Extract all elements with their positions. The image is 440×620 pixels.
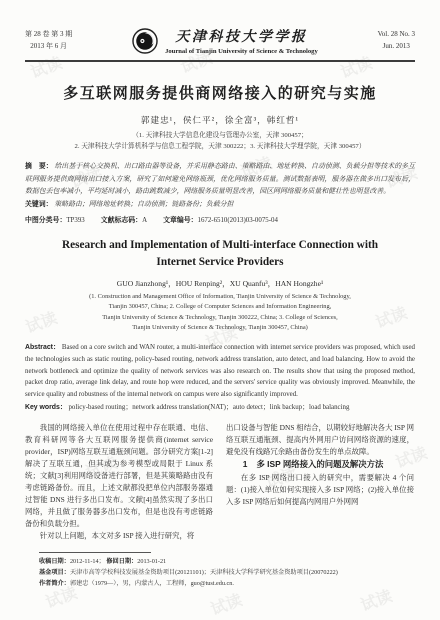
header-volume-issue-en: Vol. 28 No. 3 Jun. 2013 [378, 29, 415, 53]
volume-issue-cn: 第 28 卷 第 3 期 [25, 29, 72, 41]
journal-masthead: 天津科技大学学报 Journal of Tianjin University o… [132, 26, 318, 55]
doc-code-label: 文献标志码： [101, 217, 142, 224]
revised-label: 修回日期： [106, 558, 137, 565]
abstract-en: Abstract： Based on a core switch and WAN… [25, 342, 415, 401]
journal-title-en: Journal of Tianjin University of Science… [165, 48, 318, 55]
doc-code: 文献标志码：A [101, 214, 147, 224]
keywords-cn: 关键词： 策略路由；网络地址转换；自动侦测；链路备份；负载分担 [25, 199, 415, 211]
title-en-line1: Research and Implementation of Multi-int… [25, 237, 415, 255]
abstract-label-cn: 摘 要： [25, 163, 53, 170]
keywords-text-cn: 策略路由；网络地址转换；自动侦测；链路备份；负载分担 [54, 201, 233, 208]
footnote-dates: 收稿日期：2012-11-14； 修回日期：2013-01-21 [25, 557, 415, 568]
header-rule [25, 60, 415, 62]
footnote-block: 收稿日期：2012-11-14； 修回日期：2013-01-21 基金项目：天津… [25, 552, 415, 590]
affil-cn-line2: 2. 天津科技大学计算机科学与信息工程学院，天津 300222；3. 天津科技大… [25, 141, 415, 152]
abstract-text-en: Based on a core switch and WAN router, a… [25, 344, 415, 398]
journal-title-stack: 天津科技大学学报 Journal of Tianjin University o… [165, 26, 318, 55]
abstract-text-cn: 给出基于核心交换机、出口路由器等设备，并采用静态路由、策略路由、地址转换、自动侦… [25, 163, 415, 195]
article-no-label: 文章编号： [163, 217, 197, 224]
bio-value: 郭建忠（1979—），男，内蒙古人，工程师，guo@tust.edu.cn. [70, 580, 234, 587]
footnote-rule [39, 552, 151, 553]
paper-page: 试读 试读 试读 试读 试读 试读 试读 试读 试读 试读 试读 试读 试读 试… [0, 0, 440, 620]
authors-en: GUO Jianzhong¹，HOU Renping²，XU Quanfu³，H… [25, 278, 415, 289]
date-cn: 2013 年 6 月 [25, 41, 72, 53]
doc-code-value: A [142, 217, 147, 224]
right-column: 出口设备与智能 DNS 相结合，以期较好地解决各大 ISP 网络互联互通瓶颈、提… [226, 422, 414, 542]
affil-en-line4: Tianjin University of Science & Technolo… [25, 323, 415, 334]
received-label: 收稿日期： [39, 558, 70, 565]
revised-value: 2013-01-21 [137, 558, 166, 565]
body-paragraph: 在多 ISP 网络出口接入的研究中，需要解决 4 个问题：(1)接入单位如何实现… [226, 472, 414, 508]
section-title: 多 ISP 网络接入的问题及解决方法 [256, 459, 383, 469]
keywords-label-cn: 关键词： [25, 201, 53, 208]
title-en-line2: Internet Service Providers [25, 254, 415, 272]
watermark-text: 试读 [207, 587, 245, 620]
keywords-label-en: Key words： [25, 404, 67, 411]
affiliations-cn: （1. 天津科技大学信息化建设与管理办公室，天津 300457； 2. 天津科技… [25, 130, 415, 152]
left-column: 我国的网络接入单位在使用过程中存在联通、电信、教育科研网等各大互联网服务提供商(… [25, 422, 213, 542]
journal-header: 第 28 卷 第 3 期 2013 年 6 月 天津科技大学学报 Journal… [25, 26, 415, 55]
received-value: 2012-11-14； [70, 558, 105, 565]
body-paragraph: 我国的网络接入单位在使用过程中存在联通、电信、教育科研网等各大互联网服务提供商(… [25, 422, 213, 530]
article-title-en: Research and Implementation of Multi-int… [25, 237, 415, 272]
affiliations-en: (1. Construction and Management Office o… [25, 292, 415, 334]
header-volume-issue-cn: 第 28 卷 第 3 期 2013 年 6 月 [25, 29, 72, 53]
footnote-bio: 作者简介：郭建忠（1979—），男，内蒙古人，工程师，guo@tust.edu.… [25, 579, 415, 590]
article-no-value: 1672-6510(2013)03-0075-04 [198, 217, 278, 224]
date-en: Jun. 2013 [378, 41, 415, 53]
abstract-label-en: Abstract： [25, 344, 60, 351]
volume-issue-en: Vol. 28 No. 3 [378, 29, 415, 41]
fund-value: 天津市高等学校科技发展基金资助项目(20121101)；天津科技大学科学研究基金… [70, 569, 338, 576]
clc-label: 中图分类号： [25, 217, 66, 224]
abstract-cn: 摘 要： 给出基于核心交换机、出口路由器等设备，并采用静态路由、策略路由、地址转… [25, 161, 415, 198]
clc-value: TP393 [66, 217, 84, 224]
body-columns: 我国的网络接入单位在使用过程中存在联通、电信、教育科研网等各大互联网服务提供商(… [25, 422, 415, 542]
clc-number: 中图分类号：TP393 [25, 214, 85, 224]
affil-en-line1: (1. Construction and Management Office o… [25, 292, 415, 303]
keywords-text-en: policy-based routing；network address tra… [68, 404, 349, 411]
affil-cn-line1: （1. 天津科技大学信息化建设与管理办公室，天津 300457； [25, 130, 415, 141]
journal-logo-icon [132, 28, 158, 54]
section-heading-1: 1多 ISP 网络接入的问题及解决方法 [226, 458, 414, 472]
fund-label: 基金项目： [39, 569, 70, 576]
bio-label: 作者简介： [39, 580, 70, 587]
affil-en-line2: Tianjin 300457, China; 2. College of Com… [25, 302, 415, 313]
page-content: 第 28 卷 第 3 期 2013 年 6 月 天津科技大学学报 Journal… [0, 0, 440, 590]
authors-cn: 郭建忠¹，侯仁平²，徐全富³，韩红哲¹ [25, 114, 415, 126]
affil-en-line3: Tianjin University of Science & Technolo… [25, 313, 415, 324]
body-paragraph: 针对以上问题，本文对多 ISP 接入进行研究，将 [25, 530, 213, 542]
journal-title-cn: 天津科技大学学报 [165, 26, 318, 46]
article-title-cn: 多互联网服务提供商网络接入的研究与实施 [25, 82, 415, 103]
body-paragraph: 出口设备与智能 DNS 相结合，以期较好地解决各大 ISP 网络互联互通瓶颈、提… [226, 422, 414, 458]
keywords-en: Key words： policy-based routing；network … [25, 402, 415, 414]
article-number: 文章编号：1672-6510(2013)03-0075-04 [163, 214, 278, 224]
section-number: 1 [243, 459, 248, 469]
footnote-fund: 基金项目：天津市高等学校科技发展基金资助项目(20121101)；天津科技大学科… [25, 568, 415, 579]
classification-line: 中图分类号：TP393 文献标志码：A 文章编号：1672-6510(2013)… [25, 214, 415, 224]
